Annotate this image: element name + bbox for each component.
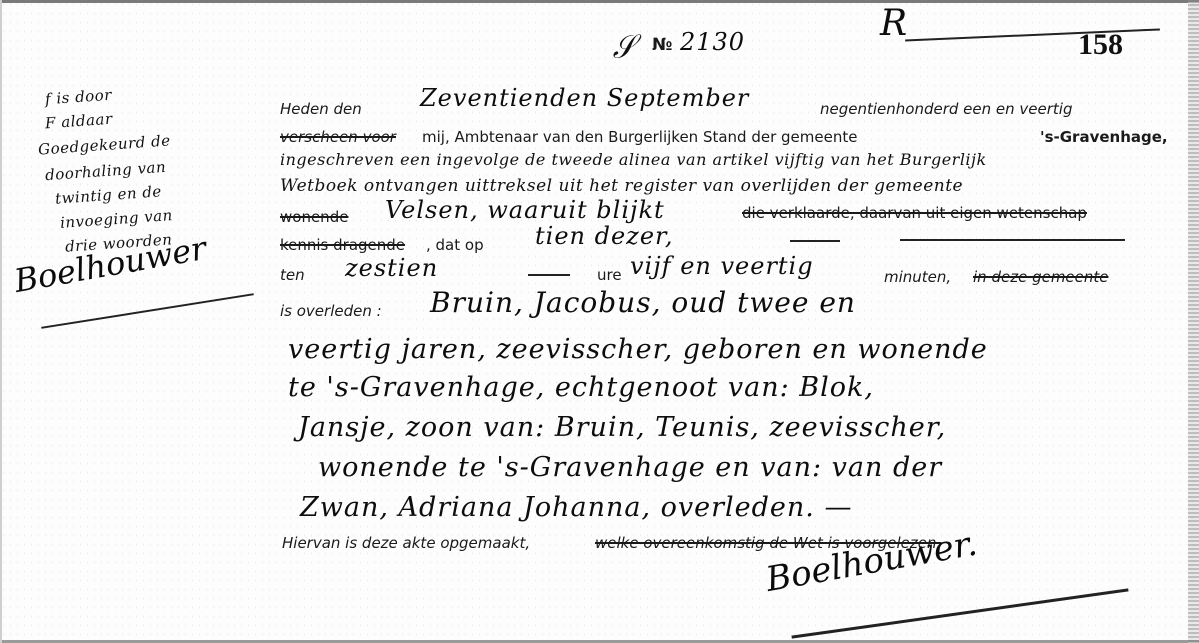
signature-underline [791, 588, 1128, 638]
record-number-label: № [652, 35, 672, 55]
handwritten-tien-dezer: tien dezer, [535, 222, 674, 250]
margin-line: invoeging van [60, 206, 174, 232]
hour-dash [528, 274, 570, 276]
printed-minuten: minuten, [884, 268, 951, 286]
flourish-mark: 𝒮 [610, 29, 637, 66]
margin-line: Goedgekeurd de [38, 131, 172, 158]
register-mark: R [880, 3, 908, 44]
filler-rule [900, 239, 1125, 241]
handwritten-line9: veertig jaren, zeevisscher, geboren en w… [288, 334, 988, 365]
filler-dash [790, 240, 840, 242]
struck-wonende: wonende [280, 208, 348, 226]
handwritten-insert-1: ingeschreven een ingevolge de tweede ali… [280, 150, 987, 169]
record-number: 2130 [680, 28, 745, 56]
scan-border-left [0, 0, 2, 643]
printed-dat-op: , dat op [426, 236, 484, 254]
struck-deze-gemeente: in deze gemeente [973, 268, 1109, 286]
printed-ambtenaar: mij, Ambtenaar van den Burgerlijken Stan… [422, 128, 857, 146]
margin-line: f is door [44, 86, 112, 109]
printed-heden: Heden den [280, 100, 362, 118]
scan-border-right [1188, 0, 1199, 643]
handwritten-velsen: Velsen, waaruit blijkt [385, 196, 665, 224]
handwritten-minutes: vijf en veertig [630, 252, 814, 280]
handwritten-hour: zestien [345, 254, 438, 282]
scan-border-top [0, 0, 1199, 3]
page-number: 158 [1078, 28, 1123, 62]
handwritten-line12: wonende te 's-Gravenhage en van: van der [318, 452, 942, 483]
handwritten-line13: Zwan, Adriana Johanna, overleden. — [300, 492, 852, 523]
margin-signature-underline [41, 293, 254, 329]
handwritten-line11: Jansje, zoon van: Bruin, Teunis, zeeviss… [298, 412, 946, 443]
struck-kennis: kennis dragende [280, 236, 405, 254]
margin-line: F aldaar [44, 110, 113, 133]
margin-line: twintig en de [55, 182, 163, 207]
printed-ten: ten [280, 266, 305, 284]
printed-ure: ure [597, 266, 622, 284]
handwritten-date: Zeventienden September [420, 84, 749, 112]
margin-line: doorhaling van [45, 158, 167, 184]
municipality: 's-Gravenhage, [1040, 128, 1168, 146]
handwritten-line10: te 's-Gravenhage, echtgenoot van: Blok, [288, 372, 874, 403]
struck-verscheen: verscheen voor [280, 128, 396, 146]
printed-overleden: is overleden : [280, 302, 382, 320]
handwritten-name: Bruin, Jacobus, oud twee en [430, 286, 856, 319]
printed-year: negentienhonderd een en veertig [820, 100, 1072, 118]
handwritten-insert-2: Wetboek ontvangen uittreksel uit het reg… [280, 176, 963, 196]
struck-verklaarde: die verklaarde, daarvan uit eigen wetens… [742, 204, 1087, 222]
printed-hiervan: Hiervan is deze akte opgemaakt, [282, 534, 530, 552]
